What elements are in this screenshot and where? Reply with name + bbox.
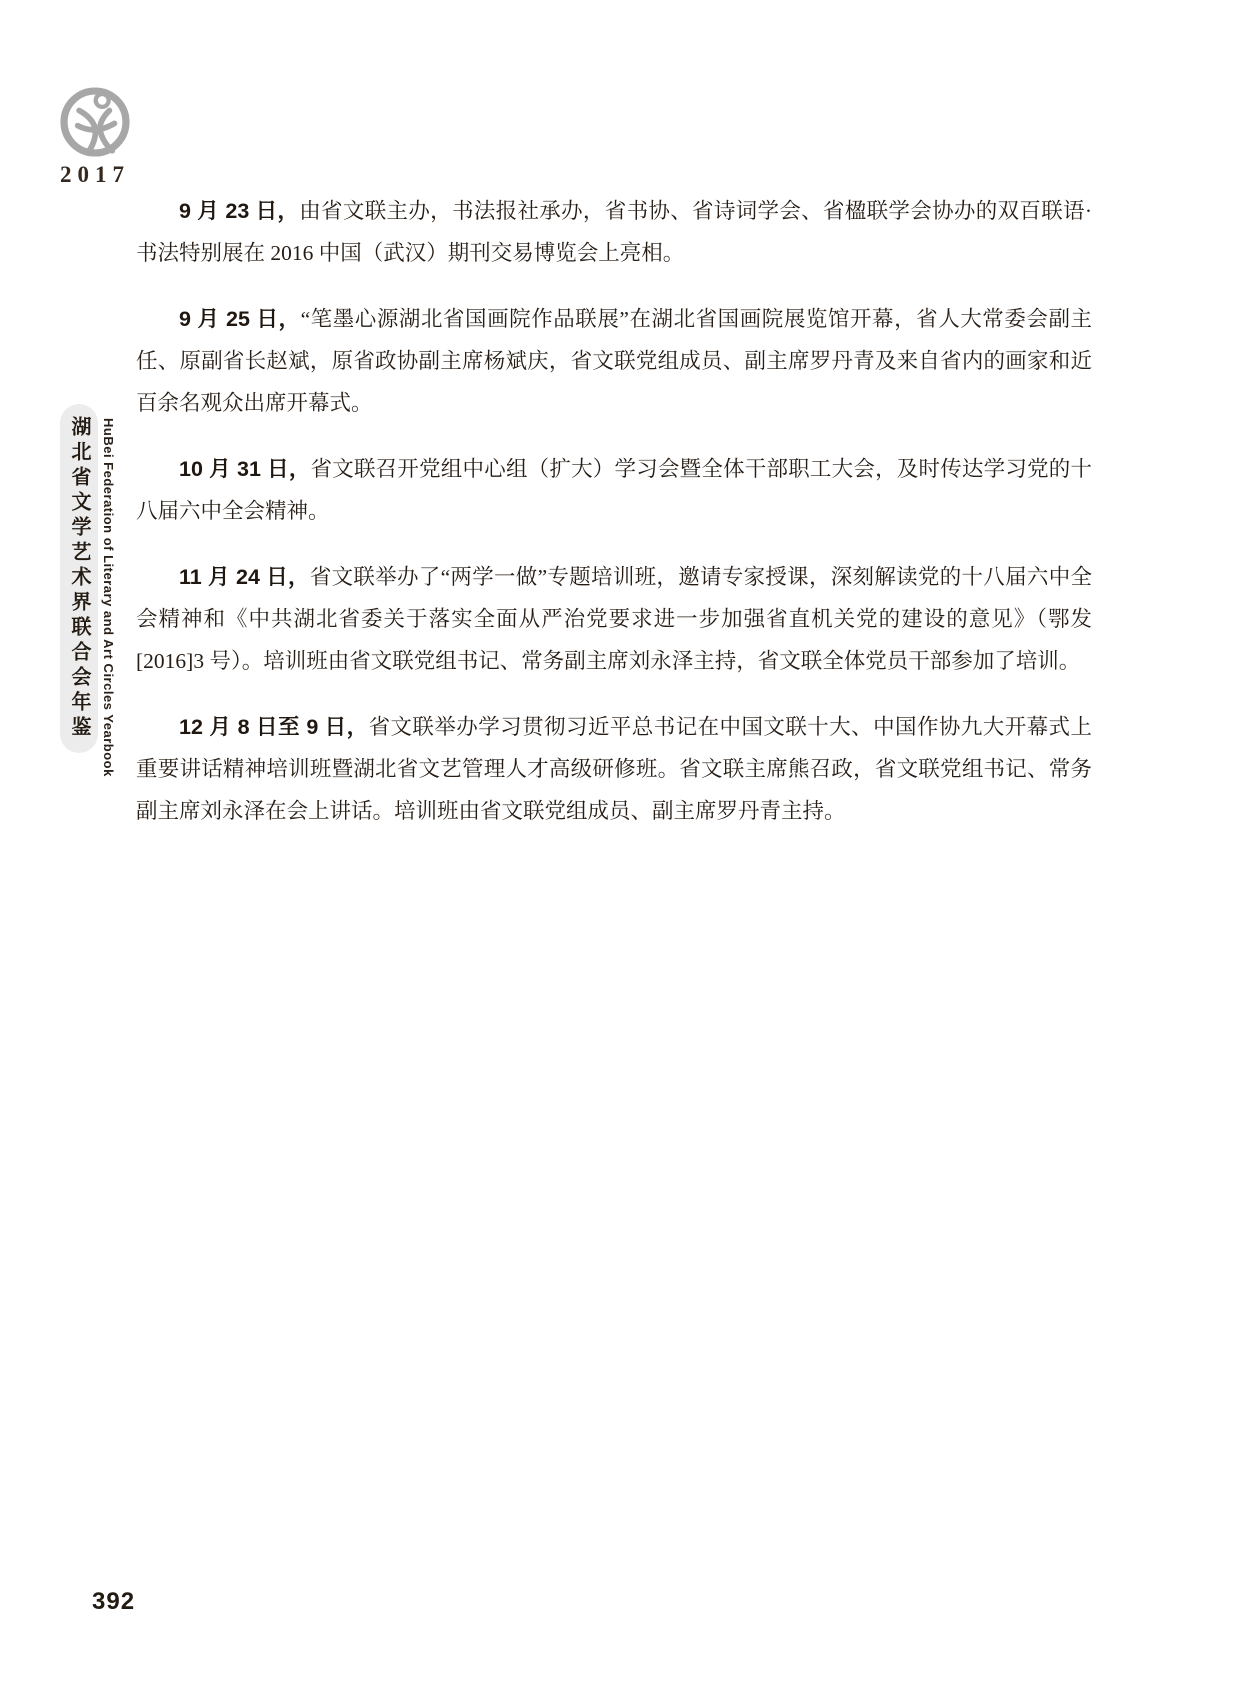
yearbook-page: 2017 湖北省文学艺术界联合会年鉴 HuBei Federation of L… [0, 0, 1241, 1684]
page-number: 392 [92, 1588, 135, 1616]
entry-date: 11 月 24 日， [179, 565, 310, 589]
entry-paragraph: 9 月 23 日，由省文联主办，书法报社承办，省书协、省诗词学会、省楹联学会协办… [136, 190, 1092, 274]
sidebar: 湖北省文学艺术界联合会年鉴 HuBei Federation of Litera… [60, 404, 116, 777]
entry-date: 9 月 25 日， [179, 307, 301, 331]
logo-area: 2017 [52, 86, 138, 188]
entry-paragraph: 11 月 24 日，省文联举办了“两学一做”专题培训班，邀请专家授课，深刻解读党… [136, 556, 1092, 682]
entry-date: 9 月 23 日， [179, 199, 299, 223]
federation-logo-icon [59, 86, 131, 158]
content-column: 9 月 23 日，由省文联主办，书法报社承办，省书协、省诗词学会、省楹联学会协办… [136, 190, 1092, 856]
sidebar-title-cn: 湖北省文学艺术界联合会年鉴 [60, 404, 98, 753]
entry-paragraph: 10 月 31 日，省文联召开党组中心组（扩大）学习会暨全体干部职工大会，及时传… [136, 448, 1092, 532]
entry-paragraph: 9 月 25 日，“笔墨心源湖北省国画院作品联展”在湖北省国画院展览馆开幕，省人… [136, 298, 1092, 424]
entry-paragraph: 12 月 8 日至 9 日，省文联举办学习贯彻习近平总书记在中国文联十大、中国作… [136, 706, 1092, 832]
entry-date: 12 月 8 日至 9 日， [179, 715, 369, 739]
logo-year: 2017 [52, 162, 138, 188]
entry-date: 10 月 31 日， [179, 457, 311, 481]
sidebar-title-en: HuBei Federation of Literary and Art Cir… [101, 404, 116, 777]
